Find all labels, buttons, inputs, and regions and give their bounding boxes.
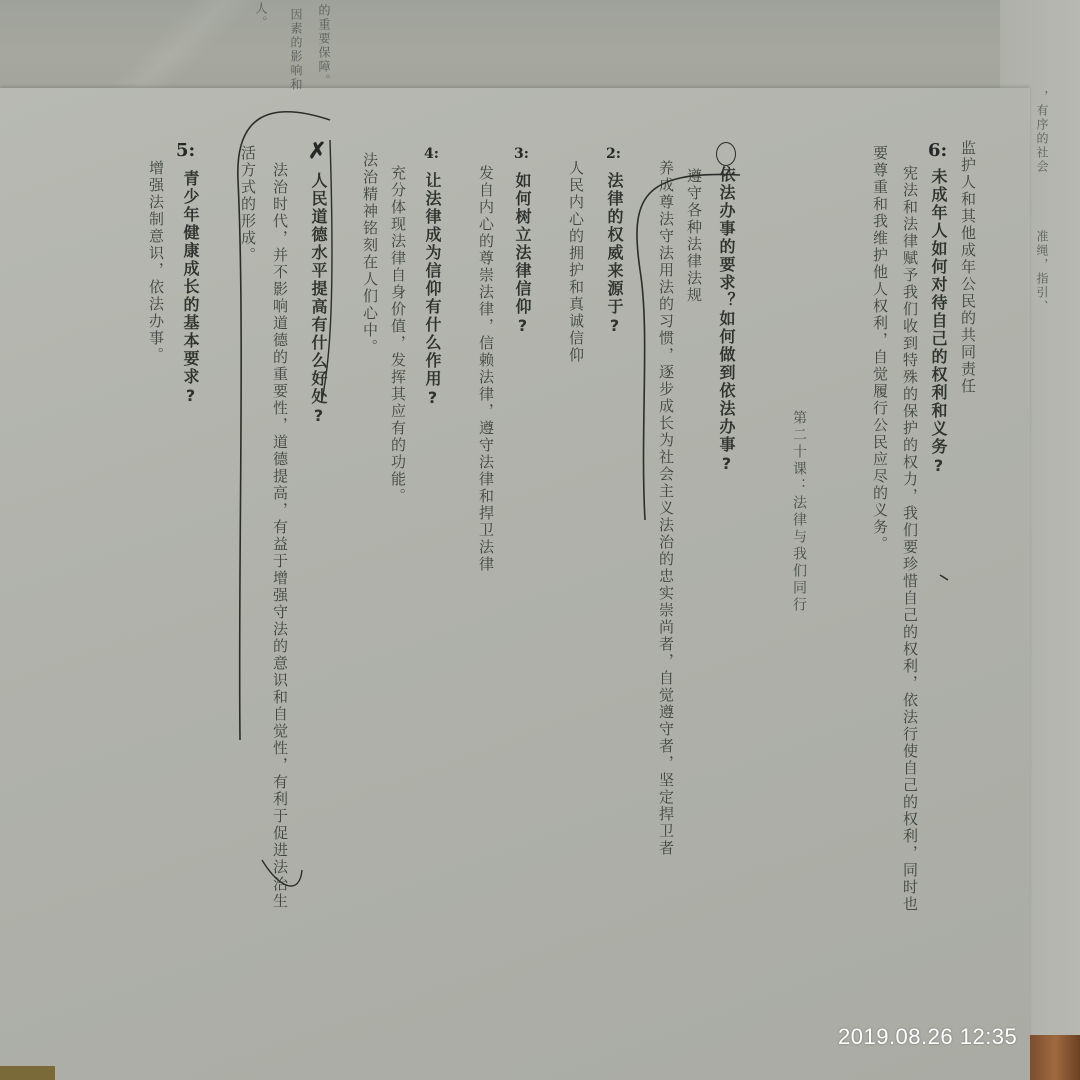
bottom-left-object: [0, 1066, 55, 1080]
photo-timestamp: 2019.08.26 12:35: [838, 1024, 1017, 1050]
back-fragment-5: 的重要保障。: [318, 4, 330, 88]
lesson-title: 第二十课：法律与我们同行: [792, 410, 806, 614]
question-5b: 青少年健康成长的基本要求?: [182, 170, 198, 407]
answer-1-line-1: 遵守各种法律法规: [686, 168, 701, 304]
hand-mark-5b: 5:: [176, 140, 195, 161]
table-corner: [1030, 1035, 1080, 1080]
answer-6-line-2: 要尊重和我维护他人权利，自觉履行公民应尽的义务。: [872, 145, 887, 553]
question-4: 让法律成为信仰有什么作用?: [424, 172, 440, 409]
question-5: 人民道德水平提高有什么好处?: [310, 172, 326, 427]
answer-4-line-1: 充分体现法律自身价值，发挥其应有的功能。: [390, 165, 405, 505]
question-2: 法律的权威来源于?: [606, 172, 622, 337]
answer-5-line-1: 法治时代，并不影响道德的重要性，道德提高，有益于增强守法的意识和自觉性，有利于促…: [272, 162, 287, 910]
question-3: 如何树立法律信仰?: [514, 172, 530, 337]
answer-4-line-2: 法治精神铭刻在人们心中。: [362, 152, 377, 356]
number-3: 3:: [514, 146, 529, 162]
answer-5b: 增强法制意识，依法办事。: [148, 160, 163, 364]
answer-3: 发自内心的尊崇法律，信赖法律，遵守法律和捍卫法律: [478, 165, 493, 573]
answer-6-line-1: 宪法和法律赋予我们收到特殊的保护的权力，我们要珍惜自己的权利，依法行使自己的权利…: [902, 165, 917, 913]
cross-out-mark: ✗: [308, 138, 326, 164]
hand-mark-6: 6:: [928, 140, 947, 161]
back-fragment-3: 准绳，指引、: [1036, 230, 1048, 314]
circled-number-1: [716, 142, 736, 166]
number-4: 4:: [424, 146, 439, 162]
question-1: 依法办事的要求？如何做到依法办事?: [718, 166, 734, 475]
answer-1-line-2: 养成尊法守法用法的习惯，逐步成长为社会主义法治的忠实崇尚者，自觉遵守者，坚定捍卫…: [658, 160, 673, 857]
back-fragment-4: 人。: [255, 2, 267, 30]
number-2: 2:: [606, 146, 621, 162]
back-fragment-1: 因素的影响和: [290, 8, 302, 92]
previous-line: 监护人和其他成年公民的共同责任: [960, 140, 975, 395]
question-6: 未成年人如何对待自己的权利和义务?: [930, 168, 946, 477]
back-fragment-2: ，有序的社会: [1036, 90, 1048, 174]
answer-5-line-2: 活方式的形成。: [240, 145, 255, 264]
answer-2: 人民内心的拥护和真诚信仰: [568, 160, 583, 364]
